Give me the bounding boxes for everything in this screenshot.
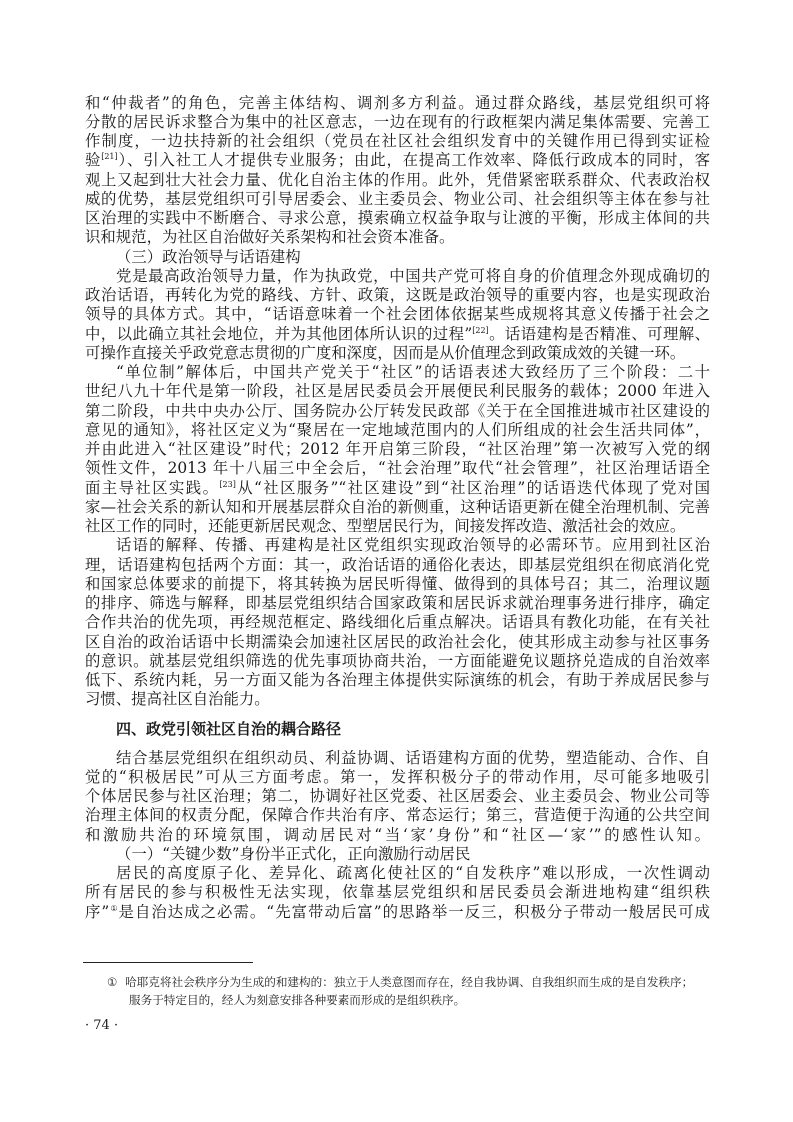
subsection-heading: （一）“关键少数”身份半正式化，正向激励行动居民 — [116, 845, 710, 864]
line-text: 结合基层党组织在组织动员、利益协调、话语建构方面的优势，塑造能动、合作、自 — [116, 749, 710, 767]
text-line: 党是最高政治领导力量，作为执政党，中国共产党可将自身的价值理念外现成确切的 — [116, 267, 710, 286]
line-text: 和国家总体要求的前提下，将其转换为居民听得懂、做得到的具体号召；其二，治理议题 — [85, 575, 710, 593]
text-line: 治理主体间的权责分配，保障合作共治有序、常态运行；第三，营造便于沟通的公共空间 — [85, 806, 710, 825]
line-text: 中，以此确立其社会地位，并为其他团体所认识的过程” — [85, 325, 472, 343]
line-text: 第二阶段，中共中央办公厅、国务院办公厅转发民政部《关于在全国推进城市社区建设的 — [85, 402, 710, 420]
line-text: 个体居民参与社区治理；第二，协调好社区党委、社区居委会、业主委员会、物业公司等 — [85, 787, 710, 805]
line-text: 世纪八九十年代是第一阶段，社区是居民委员会开展便民利民服务的载体；2000 年进… — [85, 382, 710, 400]
line-text: 验 — [85, 151, 101, 169]
page-number: · 74 · — [85, 1018, 118, 1033]
line-text: 治理主体间的权责分配，保障合作共治有序、常态运行；第三，营造便于沟通的公共空间 — [85, 806, 710, 824]
line-text: 领导的具体方式。其中，“话语意味着一个社会团体依据某些成规将其意义传播于社会之 — [85, 305, 710, 323]
line-text: 理，话语建构包括两个方面：其一，政治话语的通俗化表达，即基层党组织在彻底消化党 — [85, 556, 710, 574]
text-line: 话语的解释、传播、再建构是社区党组织实现政治领导的必需环节。应用到社区治 — [116, 536, 710, 555]
text-line: 所有居民的参与积极性无法实现，依靠基层党组织和居民委员会渐进地构建“组织秩 — [85, 883, 710, 902]
subsection-heading: （三）政治领导与话语建构 — [116, 248, 710, 267]
footnote-text: 哈耶克将社会秩序分为生成的和建构的：独立于人类意图而存在，经自我协调、自我组织而… — [125, 975, 693, 989]
text-line: 个体居民参与社区治理；第二，协调好社区党委、社区居委会、业主委员会、物业公司等 — [85, 787, 710, 806]
text-line: 和“仲裁者”的角色，完善主体结构、调剂多方利益。通过群众路线，基层党组织可将 — [85, 94, 710, 113]
citation-marker: ① — [109, 904, 118, 913]
line-text: 党是最高政治领导力量，作为执政党，中国共产党可将自身的价值理念外现成确切的 — [116, 267, 710, 285]
text-line: 社区工作的同时，还能更新居民观念、型塑居民行为，间接发挥改造、激活社会的效应。 — [85, 517, 710, 536]
line-text: 话语的解释、传播、再建构是社区党组织实现政治领导的必需环节。应用到社区治 — [116, 536, 710, 554]
line-text: （一）“关键少数”身份半正式化，正向激励行动居民 — [116, 845, 470, 863]
line-text: 并由此进入“社区建设”时代；2012 年开启第三阶段，“社区治理”第一次被写入党… — [85, 440, 710, 458]
line-text: 低下、系统内耗，另一方面又能为各治理主体提供实际演练的机会，有助于养成居民参与 — [85, 671, 710, 689]
line-text: 四、政党引领社区自治的耦合路径 — [116, 720, 341, 738]
text-line: 分散的居民诉求整合为集中的社区意志，一边在现有的行政框架内满足集体需要、完善工 — [85, 113, 710, 132]
line-text: 领性文件，2013 年十八届三中全会后，“社会治理”取代“社会管理”，社区治理话… — [85, 459, 710, 477]
line-text: 作制度，一边扶持新的社会组织（党员在社区社会组织发育中的关键作用已得到实证检 — [85, 132, 710, 150]
line-text: 威的优势，基层党组织可引导居委会、业主委员会、物业公司、社会组织等主体在参与社 — [85, 190, 710, 208]
text-line: 验[21]）、引入社工人才提供专业服务；由此，在提高工作效率、降低行政成本的同时… — [85, 151, 710, 170]
text-line: 观上又起到壮大社会力量、优化自治主体的作用。此外，凭借紧密联系群众、代表政治权 — [85, 171, 710, 190]
text-line: 结合基层党组织在组织动员、利益协调、话语建构方面的优势，塑造能动、合作、自 — [116, 749, 710, 768]
text-line: 面主导社区实践。[23]从“社区服务”“社区建设”到“社区治理”的话语迭代体现了… — [85, 479, 710, 498]
line-text-continued: 是自治达成之必需。“先富带动后富”的思路举一反三，积极分子带动一般居民可成 — [119, 903, 710, 921]
line-text: 的排序、筛选与解释，即基层党组织结合国家政策和居民诉求就治理事务进行排序，确定 — [85, 594, 710, 612]
document-page: 和“仲裁者”的角色，完善主体结构、调剂多方利益。通过群众路线，基层党组织可将分散… — [0, 0, 793, 1122]
line-text: 意见的通知》，将社区定义为“聚居在一定地域范围内的人们所组成的社会生活共同体”， — [85, 421, 710, 439]
text-line: 的排序、筛选与解释，即基层党组织结合国家政策和居民诉求就治理事务进行排序，确定 — [85, 594, 710, 613]
line-text: 和激励共治的环境氛围，调动居民对“当‘家’身份”和“社区—‘家’”的感性认知。 — [85, 826, 710, 844]
text-line: 觉的“积极居民”可从三方面考虑。第一，发挥积极分子的带动作用，尽可能多地吸引 — [85, 768, 710, 787]
line-text: 政治话语，再转化为党的路线、方针、政策，这既是政治领导的重要内容，也是实现政治 — [85, 286, 710, 304]
line-text: 合作共治的优先项，再经规范框定、路线细化后重点解决。话语具有教化功能，在有关社 — [85, 613, 710, 631]
footnote-divider — [83, 962, 253, 963]
text-line: 意见的通知》，将社区定义为“聚居在一定地域范围内的人们所组成的社会生活共同体”， — [85, 421, 710, 440]
text-line: 可操作直接关乎政党意志贯彻的广度和深度，因而是从价值理念到政策成效的关键一环。 — [85, 344, 710, 363]
line-text: 识和规范，为社区自治做好关系架构和社会资本准备。 — [85, 228, 454, 246]
text-line: 序”①是自治达成之必需。“先富带动后富”的思路举一反三，积极分子带动一般居民可成 — [85, 903, 710, 922]
text-line: 领导的具体方式。其中，“话语意味着一个社会团体依据某些成规将其意义传播于社会之 — [85, 305, 710, 324]
text-line: 家—社会关系的新认知和开展基层群众自治的新侧重，这种话语更新在健全治理机制、完善 — [85, 498, 710, 517]
line-text: 社区工作的同时，还能更新居民观念、型塑居民行为，间接发挥改造、激活社会的效应。 — [85, 517, 685, 535]
line-text: 面主导社区实践。 — [85, 479, 219, 497]
text-line: 合作共治的优先项，再经规范框定、路线细化后重点解决。话语具有教化功能，在有关社 — [85, 613, 710, 632]
text-line: 领性文件，2013 年十八届三中全会后，“社会治理”取代“社会管理”，社区治理话… — [85, 459, 710, 478]
line-text-continued: ）、引入社工人才提供专业服务；由此，在提高工作效率、降低行政成本的同时，客 — [118, 151, 710, 169]
line-text: （三）政治领导与话语建构 — [116, 248, 301, 266]
line-text: 序” — [85, 903, 109, 921]
line-text: 可操作直接关乎政党意志贯彻的广度和深度，因而是从价值理念到政策成效的关键一环。 — [85, 344, 685, 362]
line-text: 觉的“积极居民”可从三方面考虑。第一，发挥积极分子的带动作用，尽可能多地吸引 — [85, 768, 710, 786]
line-text-continued: 从“社区服务”“社区建设”到“社区治理”的话语迭代体现了党对国 — [236, 479, 710, 497]
section-heading: 四、政党引领社区自治的耦合路径 — [116, 720, 710, 739]
text-line: 的意识。就基层党组织筛选的优先事项协商共治，一方面能避免议题挤兑造成的自治效率 — [85, 652, 710, 671]
line-text: 的意识。就基层党组织筛选的优先事项协商共治，一方面能避免议题挤兑造成的自治效率 — [85, 652, 710, 670]
line-text: 区自治的政治话语中长期濡染会加速社区居民的政治社会化，使其形成主动参与社区事务 — [85, 633, 710, 651]
text-line: 识和规范，为社区自治做好关系架构和社会资本准备。 — [85, 228, 710, 247]
line-text: 所有居民的参与积极性无法实现，依靠基层党组织和居民委员会渐进地构建“组织秩 — [85, 883, 710, 901]
text-line: “单位制”解体后，中国共产党关于“社区”的话语表述大致经历了三个阶段：二十 — [116, 363, 710, 382]
text-line: 威的优势，基层党组织可引导居委会、业主委员会、物业公司、社会组织等主体在参与社 — [85, 190, 710, 209]
text-line: 习惯、提高社区自治能力。 — [85, 690, 710, 709]
text-line: 理，话语建构包括两个方面：其一，政治话语的通俗化表达，即基层党组织在彻底消化党 — [85, 556, 710, 575]
citation-marker: [23] — [219, 480, 235, 489]
line-text: 和“仲裁者”的角色，完善主体结构、调剂多方利益。通过群众路线，基层党组织可将 — [85, 94, 710, 112]
line-text-continued: 。话语建构是否精准、可理解、 — [489, 325, 710, 343]
line-text: 居民的高度原子化、差异化、疏离化使社区的“自发秩序”难以形成，一次性调动 — [116, 864, 710, 882]
text-line: 区治理的实践中不断磨合、寻求公意，摸索确立权益争取与让渡的平衡，形成主体间的共 — [85, 209, 710, 228]
citation-marker: [22] — [472, 326, 488, 335]
text-line: 并由此进入“社区建设”时代；2012 年开启第三阶段，“社区治理”第一次被写入党… — [85, 440, 710, 459]
footnote-1-line-1: ① 哈耶克将社会秩序分为生成的和建构的：独立于人类意图而存在，经自我协调、自我组… — [107, 974, 693, 990]
line-text: 家—社会关系的新认知和开展基层群众自治的新侧重，这种话语更新在健全治理机制、完善 — [85, 498, 710, 516]
text-line: 和激励共治的环境氛围，调动居民对“当‘家’身份”和“社区—‘家’”的感性认知。 — [85, 826, 710, 845]
text-line: 作制度，一边扶持新的社会组织（党员在社区社会组织发育中的关键作用已得到实证检 — [85, 132, 710, 151]
line-text: 观上又起到壮大社会力量、优化自治主体的作用。此外，凭借紧密联系群众、代表政治权 — [85, 171, 710, 189]
text-line: 低下、系统内耗，另一方面又能为各治理主体提供实际演练的机会，有助于养成居民参与 — [85, 671, 710, 690]
citation-marker: [21] — [101, 152, 117, 161]
line-text: 习惯、提高社区自治能力。 — [85, 690, 270, 708]
text-line: 和国家总体要求的前提下，将其转换为居民听得懂、做得到的具体号召；其二，治理议题 — [85, 575, 710, 594]
line-text: 区治理的实践中不断磨合、寻求公意，摸索确立权益争取与让渡的平衡，形成主体间的共 — [85, 209, 710, 227]
footnote-marker: ① — [107, 975, 117, 989]
text-line: 政治话语，再转化为党的路线、方针、政策，这既是政治领导的重要内容，也是实现政治 — [85, 286, 710, 305]
line-text: “单位制”解体后，中国共产党关于“社区”的话语表述大致经历了三个阶段：二十 — [116, 363, 710, 381]
text-line: 中，以此确立其社会地位，并为其他团体所认识的过程”[22]。话语建构是否精准、可… — [85, 325, 710, 344]
text-line: 第二阶段，中共中央办公厅、国务院办公厅转发民政部《关于在全国推进城市社区建设的 — [85, 402, 710, 421]
text-line: 区自治的政治话语中长期濡染会加速社区居民的政治社会化，使其形成主动参与社区事务 — [85, 633, 710, 652]
text-line: 居民的高度原子化、差异化、疏离化使社区的“自发秩序”难以形成，一次性调动 — [116, 864, 710, 883]
line-text: 分散的居民诉求整合为集中的社区意志，一边在现有的行政框架内满足集体需要、完善工 — [85, 113, 710, 131]
text-line: 世纪八九十年代是第一阶段，社区是居民委员会开展便民利民服务的载体；2000 年进… — [85, 382, 710, 401]
footnote-1-line-2: 服务于特定目的，经人为刻意安排各种要素而形成的是组织秩序。 — [129, 992, 465, 1008]
